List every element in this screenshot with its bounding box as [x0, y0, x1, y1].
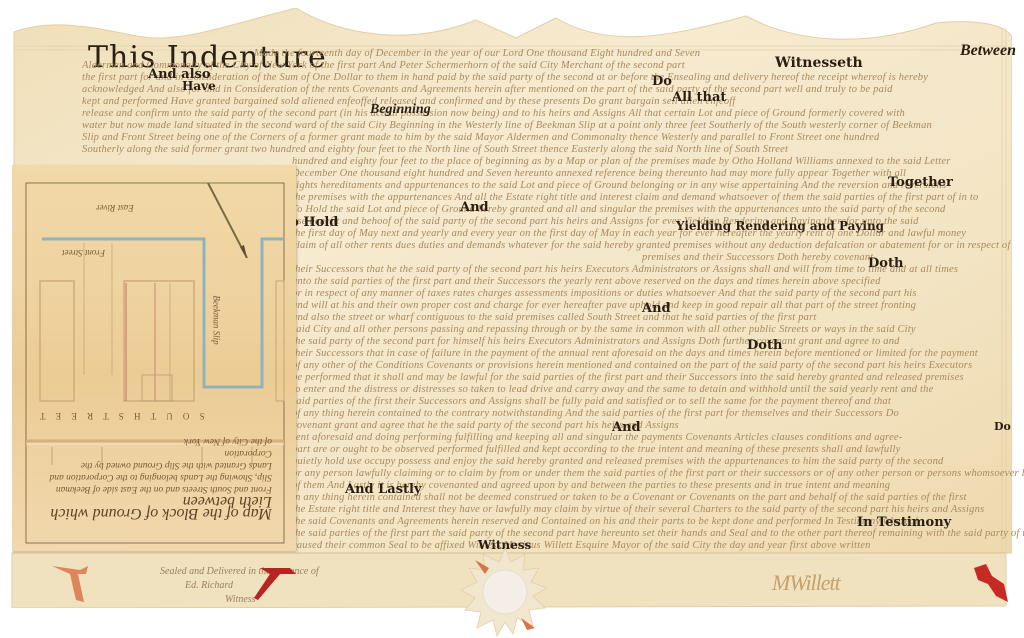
map-label-south-street: S O U T H S T R E E T [36, 411, 205, 421]
text-line: of any thing herein contained to the con… [292, 408, 899, 419]
heading-witnesseth: Witnesseth [775, 55, 863, 71]
text-line: be performed that it shall and may be la… [292, 372, 964, 383]
text-line: to enter and the distress or distresses … [292, 384, 933, 395]
map-caption-line: Map of the Block of Ground which Lieth b… [42, 495, 272, 519]
text-line: of any other of the Conditions Covenants… [292, 360, 972, 371]
text-line: or any person lawfully claiming or to cl… [292, 468, 1024, 479]
text-line: rent aforesaid and doing performing fulf… [292, 432, 902, 443]
heading-doth: Doth [868, 256, 903, 271]
text-line: Made the fourteenth day of December in t… [254, 48, 700, 59]
attached-plot-map: East River Front Street Beekman Slip S O… [12, 165, 296, 551]
map-caption-line: Lands Granted with the Slip Ground owned… [42, 447, 272, 471]
map-label-front-street: Front Street [62, 248, 105, 258]
map-caption-line: Front and South Streets and on the East … [42, 483, 272, 495]
heading-together: Together [888, 175, 953, 190]
text-line: rights hereditaments and appurtenances t… [292, 180, 946, 191]
ribbon-red-icon [250, 566, 298, 602]
heading-yielding: Yielding Rendering and Paying [676, 219, 884, 233]
heading-have: Have [182, 79, 216, 93]
heading-in-testimony: In Testimony [857, 515, 951, 530]
wafer-seal-icon [455, 548, 555, 638]
text-line: the Estate right title and Interest they… [292, 504, 984, 515]
text-line: their Successors that he the said party … [292, 264, 958, 275]
heading-do-2: Do [994, 420, 1011, 433]
text-line: December One thousand eight hundred and … [292, 168, 906, 179]
heading-do: Do [652, 74, 672, 89]
text-line: claim of all other rents dues duties and… [292, 240, 1011, 251]
text-line: water but now made land situated in the … [82, 120, 932, 131]
ribbon-orange-icon [52, 562, 92, 606]
text-line: release and confirm unto the said party … [82, 108, 905, 119]
text-line: Slip and Front Street being one of the C… [82, 132, 879, 143]
heading-beginning: Beginning [370, 102, 431, 118]
text-line: and also the street or wharf contiguous … [292, 312, 817, 323]
text-line: said parties of the first their Successo… [292, 396, 891, 407]
heading-and-lastly: And Lastly [345, 482, 422, 497]
text-line: quietly hold use occupy possess and enjo… [292, 456, 944, 467]
heading-and: And [460, 200, 489, 215]
text-line: hundred and eighty four feet to the plac… [292, 156, 951, 167]
text-line: the premises with the appurtenances And … [292, 192, 978, 203]
ribbon-red-right-icon [970, 562, 1010, 606]
map-label-east-river: East River [96, 203, 134, 213]
text-line: Southerly along the said former grant tw… [82, 144, 788, 155]
text-line: their Successors that in case of failure… [292, 348, 978, 359]
map-caption-line: Slip, Showing the Lands belonging to the… [42, 471, 272, 483]
text-line: said City and all other persons passing … [292, 324, 916, 335]
text-line: unto the said parties of the first part … [292, 276, 881, 287]
text-line: or in respect of any manner of taxes rat… [292, 288, 917, 299]
heading-doth-2: Doth [747, 338, 782, 353]
map-caption: Map of the Block of Ground which Lieth b… [42, 435, 272, 519]
text-line: and will at his and their own proper cos… [292, 300, 916, 311]
witness-name: Ed. Richard [185, 580, 233, 591]
heading-all-that: All that [672, 90, 726, 105]
map-label-beekman-slip: Beekman Slip [212, 295, 222, 344]
heading-and-3: And [612, 420, 641, 435]
heading-and-2: And [642, 301, 671, 316]
text-line: To Hold the said Lot and piece of Ground… [292, 204, 946, 215]
mayor-signature: MWillett [772, 570, 840, 596]
map-caption-line: of the City of New York [42, 435, 272, 447]
text-line: the said Covenants and Agreements herein… [292, 516, 918, 527]
heading-between: Between [960, 42, 1016, 60]
text-line: the said party of the second part for hi… [292, 336, 900, 347]
text-line: part are or ought to be observed perform… [292, 444, 900, 455]
text-line: premises and their Successors Doth hereb… [642, 252, 873, 263]
text-line: caused their common Seal to be affixed W… [292, 540, 871, 551]
